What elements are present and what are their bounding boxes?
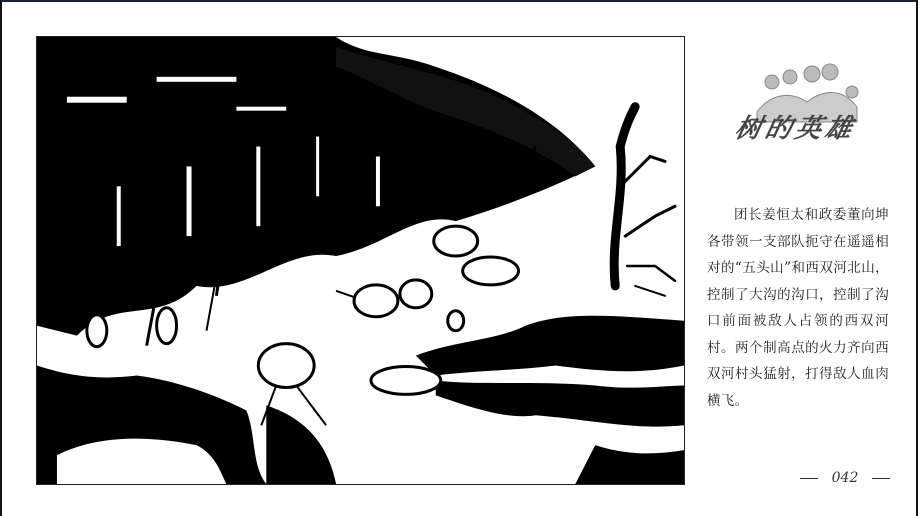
series-title: 树的英雄 bbox=[732, 108, 870, 145]
right-dash bbox=[872, 478, 890, 479]
page-number: 042 bbox=[800, 470, 890, 486]
battle-illustration bbox=[36, 36, 685, 485]
comic-page: 树的英雄 团长姜恒太和政委董向坤各带领一支部队扼守在遥遥相对的“五头山”和西双河… bbox=[0, 0, 918, 516]
ink-drawing bbox=[37, 37, 684, 484]
page-number-value: 042 bbox=[832, 470, 859, 486]
left-dash bbox=[800, 478, 818, 479]
story-text: 团长姜恒太和政委董向坤各带领一支部队扼守在遥遥相对的“五头山”和西双河北山，控制… bbox=[707, 202, 889, 414]
